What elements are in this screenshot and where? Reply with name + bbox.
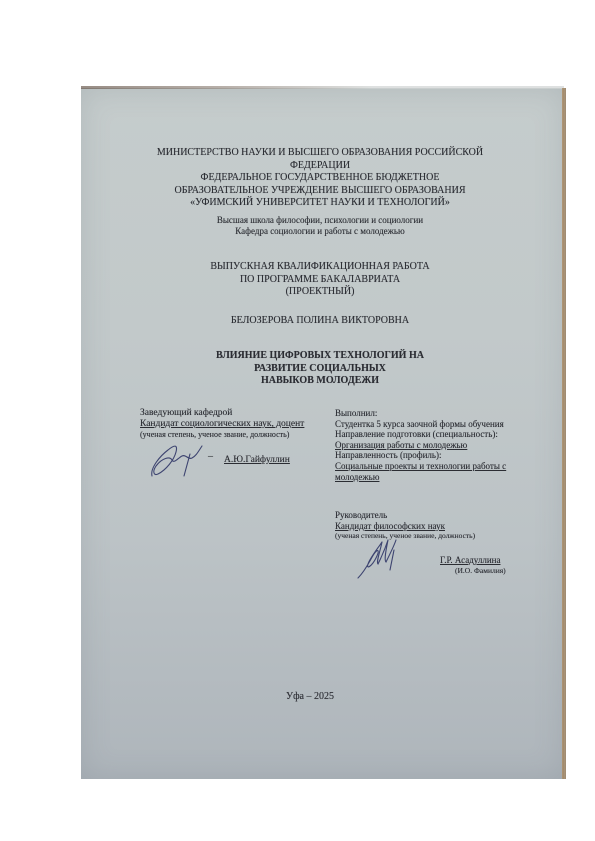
ministry-header: МИНИСТЕРСТВО НАУКИ И ВЫСШЕГО ОБРАЗОВАНИЯ… [130, 147, 510, 210]
profile-value: Социальные проекты и технологии работы с [335, 461, 506, 472]
thesis-title: ВЛИЯНИЕ ЦИФРОВЫХ ТЕХНОЛОГИЙ НА РАЗВИТИЕ … [170, 350, 470, 388]
school-name: Высшая школа философии, психологии и соц… [130, 215, 510, 226]
header-line: ОБРАЗОВАТЕЛЬНОЕ УЧРЕЖДЕНИЕ ВЫСШЕГО ОБРАЗ… [130, 185, 510, 198]
supervisor-label: Руководитель [335, 510, 475, 521]
supervisor-name-hint: (И.О. Фамилия) [455, 566, 506, 576]
head-degree-hint: (ученая степень, ученое звание, должност… [140, 430, 304, 440]
direction-label: Направление подготовки (специальность): [335, 429, 506, 440]
head-degree: Кандидат социологических наук, доцент [140, 419, 304, 430]
head-dash: – [208, 451, 213, 464]
title-line: НАВЫКОВ МОЛОДЕЖИ [170, 375, 470, 388]
performed-by: Выполнил: Студентка 5 курса заочной форм… [335, 408, 506, 482]
title-line: ВЛИЯНИЕ ЦИФРОВЫХ ТЕХНОЛОГИЙ НА [170, 350, 470, 363]
work-type: ВЫПУСКНАЯ КВАЛИФИКАЦИОННАЯ РАБОТА ПО ПРО… [170, 261, 470, 299]
photo-right-edge [562, 88, 566, 779]
student-info: Студентка 5 курса заочной формы обучения [335, 419, 506, 430]
direction-value: Организация работы с молодежью [335, 440, 506, 451]
profile-label: Направленность (профиль): [335, 450, 506, 461]
head-name: А.Ю.Гайфуллин [224, 454, 290, 467]
header-line: «УФИМСКИЙ УНИВЕРСИТЕТ НАУКИ И ТЕХНОЛОГИЙ… [130, 197, 510, 210]
header-line: ФЕДЕРАЛЬНОЕ ГОСУДАРСТВЕННОЕ БЮДЖЕТНОЕ [130, 172, 510, 185]
supervisor-degree: Кандидат философских наук [335, 521, 475, 532]
head-signature-icon [148, 440, 208, 480]
head-label: Заведующий кафедрой [140, 408, 304, 419]
school-department: Высшая школа философии, психологии и соц… [130, 215, 510, 237]
title-line: РАЗВИТИЕ СОЦИАЛЬНЫХ [170, 363, 470, 376]
department-name: Кафедра социологии и работы с молодежью [130, 226, 510, 237]
work-type-line: (ПРОЕКТНЫЙ) [170, 286, 470, 299]
header-line: МИНИСТЕРСТВО НАУКИ И ВЫСШЕГО ОБРАЗОВАНИЯ… [130, 147, 510, 160]
city-year-block: Уфа – 2025 [250, 691, 370, 704]
header-line: ФЕДЕРАЦИИ [130, 160, 510, 173]
work-type-line: ВЫПУСКНАЯ КВАЛИФИКАЦИОННАЯ РАБОТА [170, 261, 470, 274]
work-type-line: ПО ПРОГРАММЕ БАКАЛАВРИАТА [170, 274, 470, 287]
supervisor-name: Г.Р. Асадуллина [440, 554, 501, 567]
author-name: БЕЛОЗЕРОВА ПОЛИНА ВИКТОРОВНА [170, 315, 470, 328]
profile-value: молодежью [335, 472, 506, 483]
supervisor-signature-icon [356, 536, 406, 580]
photo-top-edge [81, 86, 564, 89]
city-year: Уфа – 2025 [250, 691, 370, 704]
performed-label: Выполнил: [335, 408, 506, 419]
head-of-department: Заведующий кафедрой Кандидат социологиче… [140, 408, 304, 440]
author-block: БЕЛОЗЕРОВА ПОЛИНА ВИКТОРОВНА [170, 315, 470, 328]
